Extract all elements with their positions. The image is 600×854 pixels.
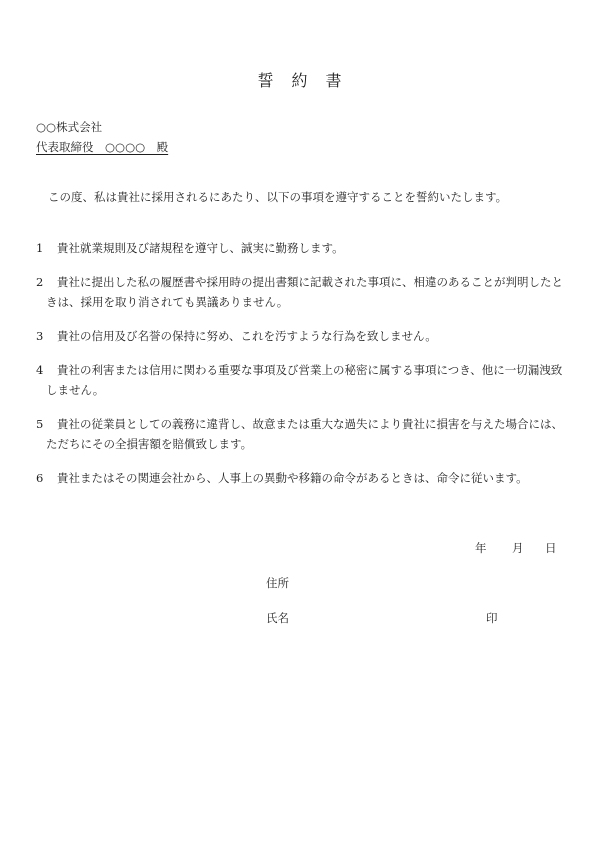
clause-text-line: 貴社の利害または信用に関わる重要な事項及び営業上の秘密に属する事項につき、他に一… [57, 360, 600, 380]
name-line: 氏名 印 [0, 608, 600, 628]
clauses: 1貴社就業規則及び諸規程を遵守し、誠実に勤務します。2貴社に提出した私の履歴書や… [36, 238, 600, 502]
date-month-label: 月 [512, 538, 524, 558]
clause-item: 3貴社の信用及び名誉の保持に努め、これを汚すような行為を致しません。 [36, 326, 600, 346]
addressee-representative: 代表取締役 ○○○○ 殿 [36, 137, 168, 157]
date-line: 年 月 日 [0, 538, 600, 558]
clause-number: 4 [36, 360, 43, 380]
seal-label: 印 [486, 608, 498, 628]
document-title: 誓 約 書 [0, 69, 600, 93]
clause-item: 4貴社の利害または信用に関わる重要な事項及び営業上の秘密に属する事項につき、他に… [36, 360, 600, 400]
clause-text-line: ただちにその全損害額を賠償致します。 [46, 434, 600, 454]
clause-text-line: 貴社またはその関連会社から、人事上の異動や移籍の命令があるときは、命令に従います… [57, 468, 600, 488]
intro-paragraph: この度、私は貴社に採用されるにあたり、以下の事項を遵守することを誓約いたします。 [48, 187, 507, 207]
address-line: 住所 [266, 573, 289, 593]
clause-number: 2 [36, 272, 43, 292]
date-year-label: 年 [475, 538, 487, 558]
clause-text-line: 貴社の信用及び名誉の保持に努め、これを汚すような行為を致しません。 [57, 326, 600, 346]
clause-number: 5 [36, 414, 43, 434]
date-day-label: 日 [545, 538, 557, 558]
clause-number: 3 [36, 326, 43, 346]
clause-number: 1 [36, 238, 43, 258]
clause-text-line: 貴社に提出した私の履歴書や採用時の提出書類に記載された事項に、相違のあることが判… [57, 272, 600, 292]
clause-item: 6貴社またはその関連会社から、人事上の異動や移籍の命令があるときは、命令に従いま… [36, 468, 600, 488]
address-label: 住所 [266, 576, 289, 590]
clause-text-line: しません。 [46, 380, 600, 400]
clause-text-line: 貴社の従業員としての義務に違背し、故意または重大な過失により貴社に損害を与えた場… [57, 414, 600, 434]
addressee-company: ○○株式会社 [36, 117, 168, 137]
clause-item: 5貴社の従業員としての義務に違背し、故意または重大な過失により貴社に損害を与えた… [36, 414, 600, 454]
clause-item: 2貴社に提出した私の履歴書や採用時の提出書類に記載された事項に、相違のあることが… [36, 272, 600, 312]
name-label: 氏名 [266, 608, 289, 628]
clause-item: 1貴社就業規則及び諸規程を遵守し、誠実に勤務します。 [36, 238, 600, 258]
pledge-document-page: 誓 約 書 ○○株式会社 代表取締役 ○○○○ 殿 この度、私は貴社に採用される… [0, 0, 600, 854]
addressee-block: ○○株式会社 代表取締役 ○○○○ 殿 [36, 117, 168, 157]
clause-text-line: きは、採用を取り消されても異議ありません。 [46, 292, 600, 312]
clause-number: 6 [36, 468, 43, 488]
clause-text-line: 貴社就業規則及び諸規程を遵守し、誠実に勤務します。 [57, 238, 600, 258]
